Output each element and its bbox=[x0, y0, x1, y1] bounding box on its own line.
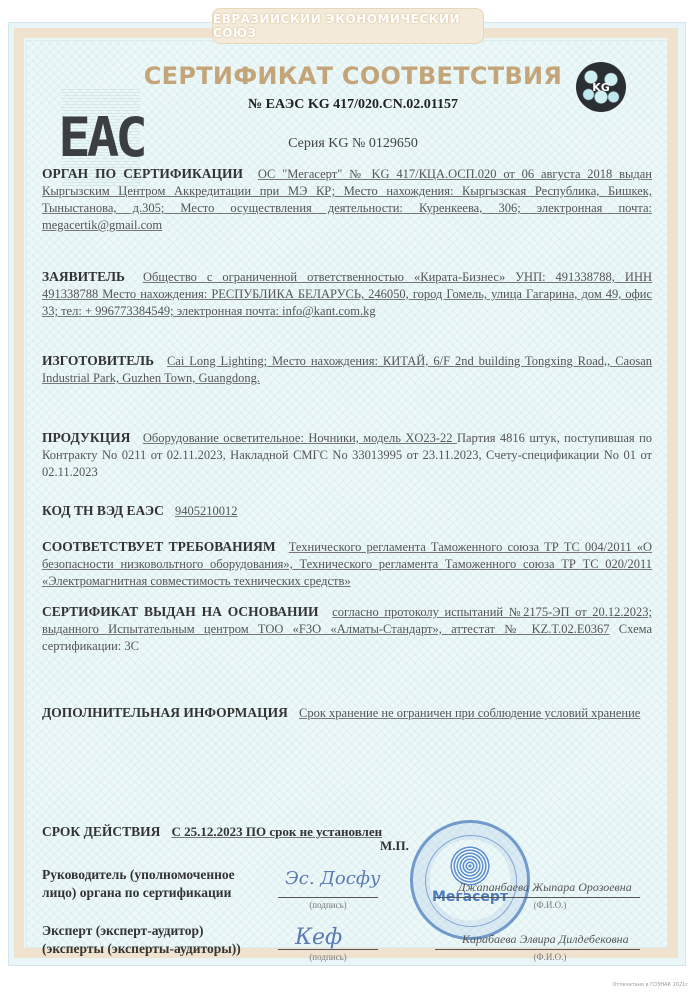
section-certification-body: ОРГАН ПО СЕРТИФИКАЦИИ ОС "Мегасерт" № KG… bbox=[42, 165, 652, 234]
hologram-text: KG bbox=[592, 81, 610, 94]
section-value: Срок хранение не ограничен при соблюдени… bbox=[299, 706, 640, 720]
eaeu-ribbon: ЕВРАЗИЙСКИЙ ЭКОНОМИЧЕСКИЙ СОЮЗ bbox=[212, 8, 484, 44]
certificate-series: Серия KG № 0129650 bbox=[143, 136, 563, 152]
section-basis: СЕРТИФИКАТ ВЫДАН НА ОСНОВАНИИ согласно п… bbox=[42, 603, 652, 655]
head-name: Джапанбаева Жыпара Орозоевна bbox=[458, 880, 632, 895]
section-validity: СРОК ДЕЙСТВИЯ С 25.12.2023 ПО срок не ус… bbox=[42, 823, 652, 841]
section-label: ПРОДУКЦИЯ bbox=[42, 430, 130, 445]
section-value: 9405210012 bbox=[175, 504, 238, 518]
section-label: ИЗГОТОВИТЕЛЬ bbox=[42, 353, 154, 368]
section-product: ПРОДУКЦИЯ Оборудование осветительное: Но… bbox=[42, 429, 652, 481]
head-signature-caption: (подпись) bbox=[278, 900, 378, 910]
head-label-line2: лицо) органа по сертификации bbox=[42, 884, 235, 902]
head-signature: Эс. Досфу bbox=[285, 868, 380, 889]
section-label: СРОК ДЕЙСТВИЯ bbox=[42, 824, 160, 839]
expert-signature: Кеф bbox=[295, 925, 342, 950]
head-label-line1: Руководитель (уполномоченное bbox=[42, 866, 235, 884]
head-signature-line bbox=[278, 897, 378, 898]
expert-signature-caption: (подпись) bbox=[278, 952, 378, 962]
section-code: КОД ТН ВЭД ЕАЭС 9405210012 bbox=[42, 502, 652, 520]
expert-label-line2: (эксперты (эксперты-аудиторы)) bbox=[42, 940, 241, 958]
section-additional-info: ДОПОЛНИТЕЛЬНАЯ ИНФОРМАЦИЯ Срок хранение … bbox=[42, 704, 652, 722]
section-label: ЗАЯВИТЕЛЬ bbox=[42, 269, 125, 284]
expert-signature-line bbox=[278, 949, 378, 950]
printer-note: Отпечатано в ГОЗНАК 2021г bbox=[612, 982, 688, 988]
section-requirements: СООТВЕТСТВУЕТ ТРЕБОВАНИЯМ Технического р… bbox=[42, 538, 652, 590]
expert-name-caption: (Ф.И.О.) bbox=[520, 952, 580, 962]
section-label: СООТВЕТСТВУЕТ ТРЕБОВАНИЯМ bbox=[42, 539, 276, 554]
expert-label: Эксперт (эксперт-аудитор) (эксперты (экс… bbox=[42, 922, 241, 958]
section-applicant: ЗАЯВИТЕЛЬ Общество с ограниченной ответс… bbox=[42, 268, 652, 320]
section-label: КОД ТН ВЭД ЕАЭС bbox=[42, 503, 164, 518]
section-value: С 25.12.2023 ПО срок не установлен bbox=[172, 824, 383, 839]
hologram-icon: KG bbox=[576, 62, 626, 112]
expert-label-line1: Эксперт (эксперт-аудитор) bbox=[42, 922, 241, 940]
section-label: СЕРТИФИКАТ ВЫДАН НА ОСНОВАНИИ bbox=[42, 604, 319, 619]
head-name-line bbox=[435, 897, 640, 898]
certificate-title: СЕРТИФИКАТ СООТВЕТСТВИЯ bbox=[143, 62, 563, 90]
head-name-caption: (Ф.И.О.) bbox=[520, 900, 580, 910]
head-label: Руководитель (уполномоченное лицо) орган… bbox=[42, 866, 235, 902]
certificate-number: № ЕАЭС KG 417/020.CN.02.01157 bbox=[143, 97, 563, 113]
section-value-underlined: Оборудование осветительное: Ночники, мод… bbox=[143, 431, 457, 445]
section-value: Общество с ограниченной ответственностью… bbox=[42, 270, 652, 318]
section-label: ОРГАН ПО СЕРТИФИКАЦИИ bbox=[42, 166, 243, 181]
expert-name: Карабаева Элвира Дилдебековна bbox=[462, 932, 629, 947]
section-label: ДОПОЛНИТЕЛЬНАЯ ИНФОРМАЦИЯ bbox=[42, 705, 288, 720]
expert-name-line bbox=[435, 949, 640, 950]
seal-label: М.П. bbox=[380, 838, 409, 854]
section-manufacturer: ИЗГОТОВИТЕЛЬ Cai Long Lighting; Место на… bbox=[42, 352, 652, 387]
